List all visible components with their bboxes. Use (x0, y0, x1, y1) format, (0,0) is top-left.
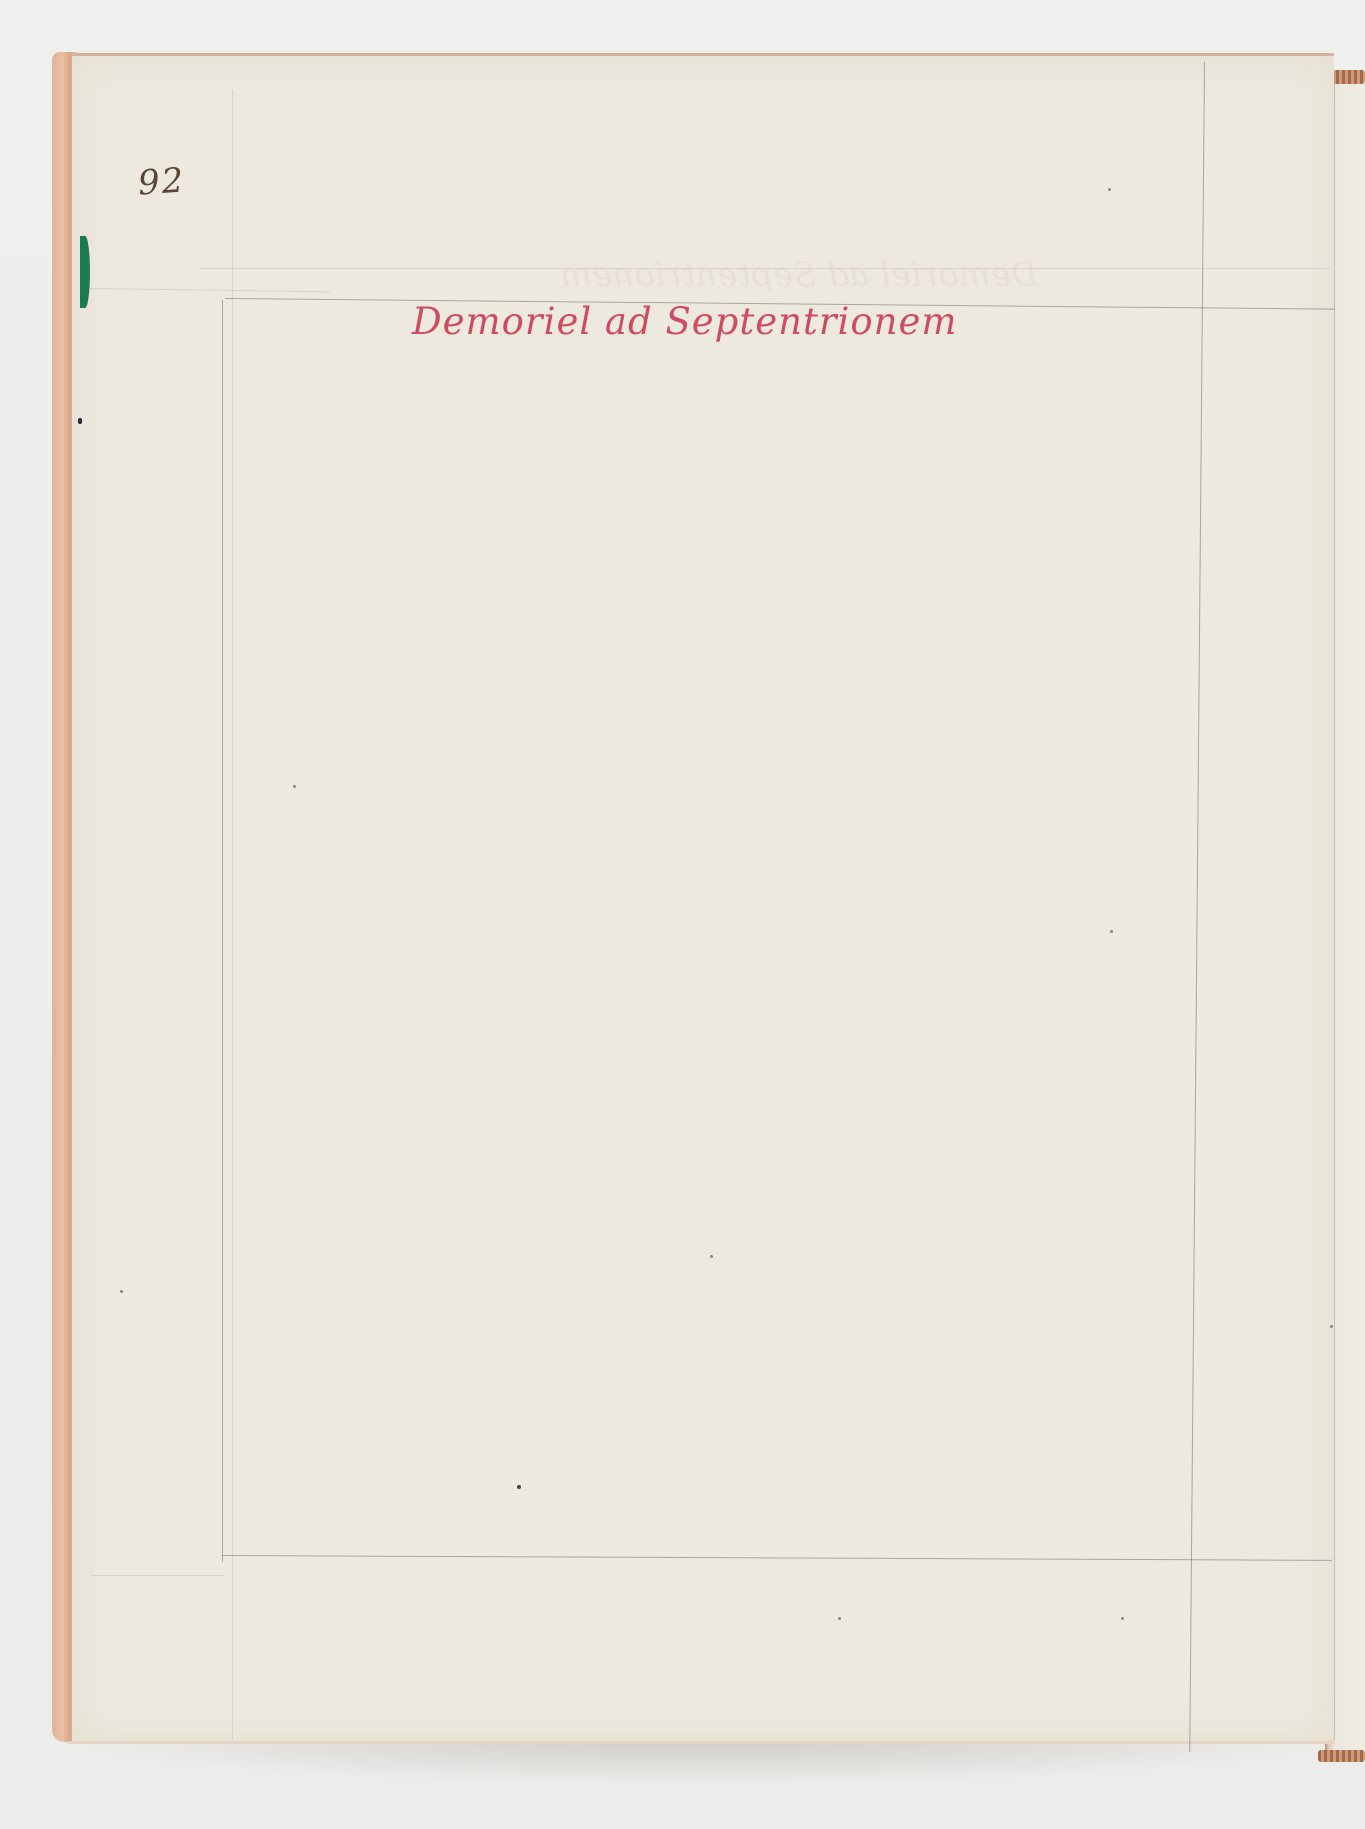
speck (293, 785, 296, 788)
green-tab-marker (80, 236, 90, 308)
frame-rule-left (222, 300, 223, 1562)
speck (1330, 1325, 1333, 1328)
speck (710, 1255, 713, 1258)
page-heading: Demoriel ad Septentrionem (412, 300, 957, 343)
speck (517, 1485, 521, 1489)
outer-margin-rule-left (232, 90, 233, 1740)
speck (838, 1617, 841, 1620)
page-bottom-edge (68, 1741, 1334, 1744)
page-shadow (60, 1740, 1340, 1785)
speck (120, 1290, 123, 1293)
faint-rule-bottom (90, 1575, 225, 1576)
ink-speck (78, 418, 82, 424)
headband-top (1330, 70, 1365, 84)
bleed-through-text: Demoriel ad Septentrionem (560, 255, 1038, 295)
speck (1121, 1617, 1124, 1620)
page-top-edge (72, 53, 1334, 56)
speck (1108, 188, 1111, 191)
headband-bottom (1318, 1750, 1365, 1762)
folio-number: 92 (137, 160, 187, 203)
speck (1110, 930, 1113, 933)
